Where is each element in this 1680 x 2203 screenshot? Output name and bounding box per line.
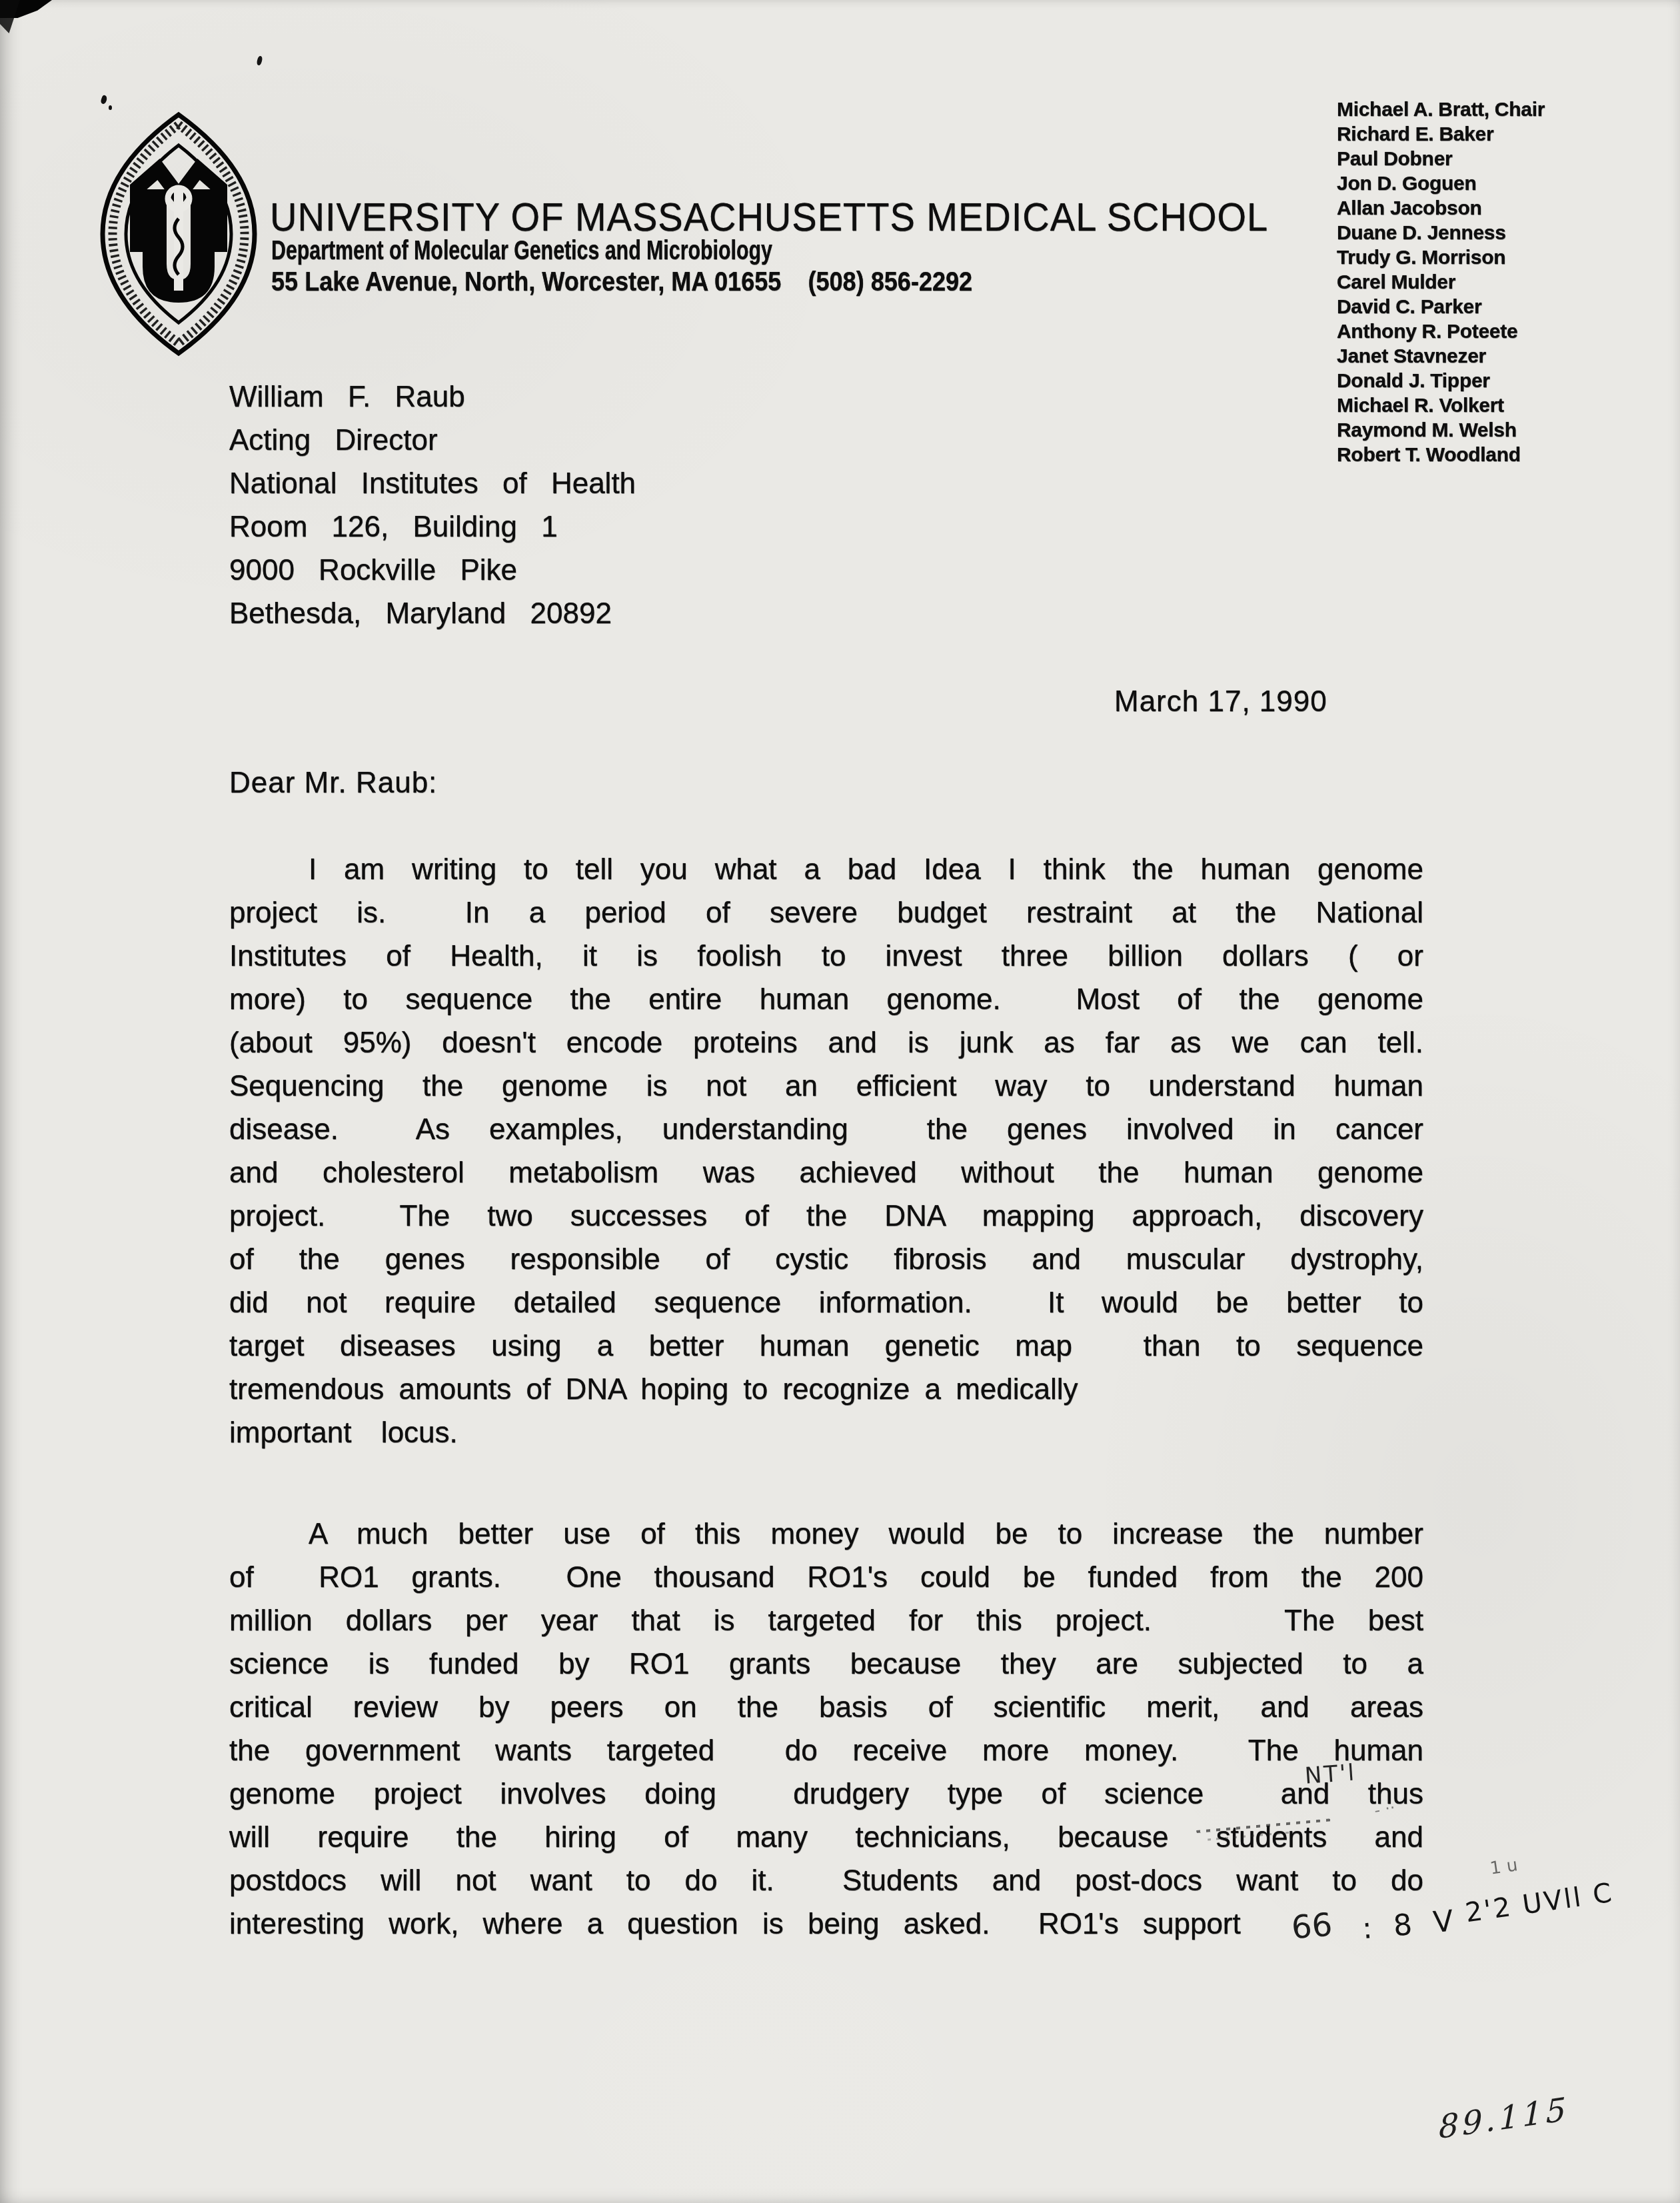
faculty-member: Carel Mulder bbox=[1337, 270, 1545, 295]
letterhead-address-line: 55 Lake Avenue, North, Worcester, MA 016… bbox=[271, 266, 972, 297]
recipient-address-line: William F. Raub bbox=[229, 375, 636, 419]
faculty-member: Allan Jacobson bbox=[1337, 196, 1545, 221]
body-line: target diseases using a better human gen… bbox=[229, 1324, 1423, 1368]
faculty-member: Donald J. Tipper bbox=[1337, 369, 1545, 393]
scan-speck bbox=[109, 105, 112, 110]
body-line: did not require detailed sequence inform… bbox=[229, 1281, 1423, 1324]
body-line: of RO1 grants. One thousand RO1's could … bbox=[229, 1556, 1423, 1599]
faculty-member: Michael A. Bratt, Chair bbox=[1337, 97, 1545, 122]
scan-speck bbox=[100, 95, 108, 105]
body-paragraph-1: I am writing to tell you what a bad Idea… bbox=[229, 848, 1423, 1454]
faculty-member: Michael R. Volkert bbox=[1337, 393, 1545, 418]
stamp-fragment-dots: - ·· bbox=[1373, 1798, 1397, 1820]
body-line: million dollars per year that is targete… bbox=[229, 1599, 1423, 1642]
stamp-fragment-ntl: NT'l bbox=[1304, 1759, 1357, 1789]
faculty-member: Paul Dobner bbox=[1337, 147, 1545, 171]
body-line: postdocs will not want to do it. Student… bbox=[229, 1859, 1423, 1902]
faculty-member: Robert T. Woodland bbox=[1337, 443, 1545, 467]
faculty-member: Jon D. Goguen bbox=[1337, 171, 1545, 196]
recipient-address-line: Acting Director bbox=[229, 419, 636, 462]
body-line: critical review by peers on the basis of… bbox=[229, 1686, 1423, 1729]
body-line: Sequencing the genome is not an efficien… bbox=[229, 1065, 1423, 1108]
university-seal bbox=[91, 111, 267, 357]
date-line: March 17, 1990 bbox=[1114, 685, 1327, 719]
body-line: disease. As examples, understanding the … bbox=[229, 1108, 1423, 1151]
faculty-member: Raymond M. Welsh bbox=[1337, 418, 1545, 443]
salutation: Dear Mr. Raub: bbox=[229, 767, 437, 800]
body-line: tremendous amounts of DNA hoping to reco… bbox=[229, 1368, 1423, 1411]
faculty-member: David C. Parker bbox=[1337, 295, 1545, 319]
body-line: science is funded by RO1 grants because … bbox=[229, 1642, 1423, 1686]
faculty-member: Richard E. Baker bbox=[1337, 122, 1545, 147]
body-line: Institutes of Health, it is foolish to i… bbox=[229, 935, 1423, 978]
recipient-address-line: 9000 Rockville Pike bbox=[229, 549, 636, 592]
letterhead-university-name: UNIVERSITY OF MASSACHUSETTS MEDICAL SCHO… bbox=[270, 194, 1268, 240]
body-paragraph-2: A much better use of this money would be… bbox=[229, 1512, 1423, 1946]
stamp-fragment-digits: 66 bbox=[1290, 1906, 1334, 1946]
body-line: A much better use of this money would be… bbox=[229, 1512, 1423, 1556]
handwritten-catalog-number: 89.115 bbox=[1439, 2090, 1569, 2146]
letterhead-department-name: Department of Molecular Genetics and Mic… bbox=[271, 235, 772, 266]
letter-scan-page: UNIVERSITY OF MASSACHUSETTS MEDICAL SCHO… bbox=[0, 0, 1680, 2203]
faculty-member: Anthony R. Poteete bbox=[1337, 319, 1545, 344]
body-line: and cholesterol metabolism was achieved … bbox=[229, 1151, 1423, 1194]
faculty-list: Michael A. Bratt, ChairRichard E. BakerP… bbox=[1337, 97, 1545, 467]
body-line: I am writing to tell you what a bad Idea… bbox=[229, 848, 1423, 891]
faculty-member: Duane D. Jenness bbox=[1337, 221, 1545, 245]
recipient-address: William F. RaubActing DirectorNational I… bbox=[229, 375, 636, 635]
body-line: more) to sequence the entire human genom… bbox=[229, 978, 1423, 1021]
body-line: of the genes responsible of cystic fibro… bbox=[229, 1238, 1423, 1281]
recipient-address-line: National Institutes of Health bbox=[229, 462, 636, 505]
stamp-fragment-received: 2'2 UVll C bbox=[1463, 1878, 1615, 1929]
body-line: interesting work, where a question is be… bbox=[229, 1902, 1423, 1946]
body-line: project is. In a period of severe budget… bbox=[229, 891, 1423, 935]
body-line: genome project involves doing drudgery t… bbox=[229, 1772, 1423, 1816]
stamp-fragment-small: 1 u bbox=[1489, 1855, 1519, 1878]
body-line: project. The two successes of the DNA ma… bbox=[229, 1194, 1423, 1238]
scan-speck bbox=[256, 55, 263, 65]
university-seal-graphic bbox=[91, 111, 267, 357]
body-line: the government wants targeted do receive… bbox=[229, 1729, 1423, 1772]
body-line: (about 95%) doesn't encode proteins and … bbox=[229, 1021, 1423, 1065]
faculty-member: Janet Stavnezer bbox=[1337, 344, 1545, 369]
body-line: important locus. bbox=[229, 1411, 1423, 1454]
recipient-address-line: Bethesda, Maryland 20892 bbox=[229, 592, 636, 635]
faculty-member: Trudy G. Morrison bbox=[1337, 245, 1545, 270]
recipient-address-line: Room 126, Building 1 bbox=[229, 505, 636, 549]
